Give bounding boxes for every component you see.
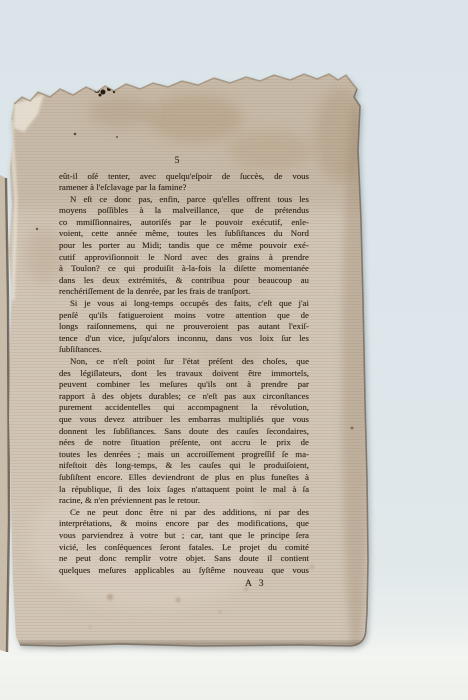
text-line: racine,&n'enpréviennentpasleretour. xyxy=(59,495,309,507)
text-line: rameneràl'eſclavageparlafamine? xyxy=(59,182,309,194)
text-line: eût-iloſétenter,avecquelqu'eſpoirdeſuccè… xyxy=(59,171,309,183)
text-line: ſubſiſtentencore.Ellesdeviendrontdepluse… xyxy=(59,472,309,484)
text-line: ſubſiſtances. xyxy=(59,344,309,356)
printed-text-block: 5 eût-iloſétenter,avecquelqu'eſpoirdeſuc… xyxy=(59,155,309,590)
text-line: vousparviendrezàvotrebut;car,tantquelepr… xyxy=(59,530,309,542)
text-line: interprétations,&moinsencorepardesmodifi… xyxy=(59,518,309,530)
text-line: rapportàdesobjetsdurables;cen'eſtpasauxc… xyxy=(59,391,309,403)
text-line: longsraiſonnemens,quineprouveroientpasau… xyxy=(59,321,309,333)
text-line: Cenepeutdoncêtrenipardesadditions,nipard… xyxy=(59,507,309,519)
page-number: 5 xyxy=(52,155,302,167)
photo-of-antique-page: 5 eût-iloſétenter,avecquelqu'eſpoirdeſuc… xyxy=(0,0,468,700)
text-line: nifeſtoitdèslong-temps,&lescauſesquilepr… xyxy=(59,460,309,472)
text-line: cutifapproviſionnoitleNordavecdesgrainsà… xyxy=(59,252,309,264)
text-line: penſéqu'ilsfatigueroientmoinsvotreattent… xyxy=(59,310,309,322)
text-line: Non,cen'eſtpointſurl'étatpréſentdeschoſe… xyxy=(59,356,309,368)
text-line: Neſtcedoncpas,enfin,parcequ'ellesoffrent… xyxy=(59,194,309,206)
text-line: quelquesmeſuresapplicablesauſyſtêmenouve… xyxy=(59,565,309,577)
text-line: voient,cetteannéemême,touteslesſubſiſtan… xyxy=(59,228,309,240)
text-line: commiſſionnaires,autoriſésparlepouvoirex… xyxy=(59,217,309,229)
text-line: Sijevousailong-tempsoccupésdesfaits,c'eſ… xyxy=(59,298,309,310)
text-line: vicié,lesconſéquencesſerontfatales.Lepro… xyxy=(59,542,309,554)
underlying-page-edge xyxy=(0,175,9,652)
text-line: néesdenotreſituationpréſente,ontaccrulep… xyxy=(59,437,309,449)
text-line: donnentlesſubſiſtances.Sansdoutedescauſe… xyxy=(59,426,309,438)
text-line: nepeutdoncremplirvotreobjet.Sansdouteilc… xyxy=(59,553,309,565)
signature-mark: A 3 xyxy=(59,578,309,590)
text-line: pourlesporterauMidi;tandisquecemêmepouvo… xyxy=(59,240,309,252)
text-line: purementaccidentellesquiaccompagnentlaré… xyxy=(59,402,309,414)
text-line: quevousdevezattribuerlesembarrasmultipli… xyxy=(59,414,309,426)
text-line: tenced'unvice,juſqu'alorsinconnu,dansvos… xyxy=(59,333,309,345)
text-lines: eût-iloſétenter,avecquelqu'eſpoirdeſuccè… xyxy=(59,171,309,577)
text-line: touteslesdenrées;maisunaccroiſſementprog… xyxy=(59,449,309,461)
text-line: àToulon?cequiproduiſità-la-foisladiſette… xyxy=(59,263,309,275)
text-line: deslégiſlateurs,dontlestravauxdoiventêtr… xyxy=(59,368,309,380)
text-line: danslesdeuxextrémités,&contribuapourbeau… xyxy=(59,275,309,287)
text-line: renchériſſementdeladenrée,parlesfraisdet… xyxy=(59,286,309,298)
text-line: larépublique,ſidesloixſagesn'attaquentpo… xyxy=(59,484,309,496)
text-line: moyenspoſſiblesàlamalveillance,quedeprét… xyxy=(59,205,309,217)
text-line: peuventcombinerlesmeſuresqu'ilsontàprend… xyxy=(59,379,309,391)
